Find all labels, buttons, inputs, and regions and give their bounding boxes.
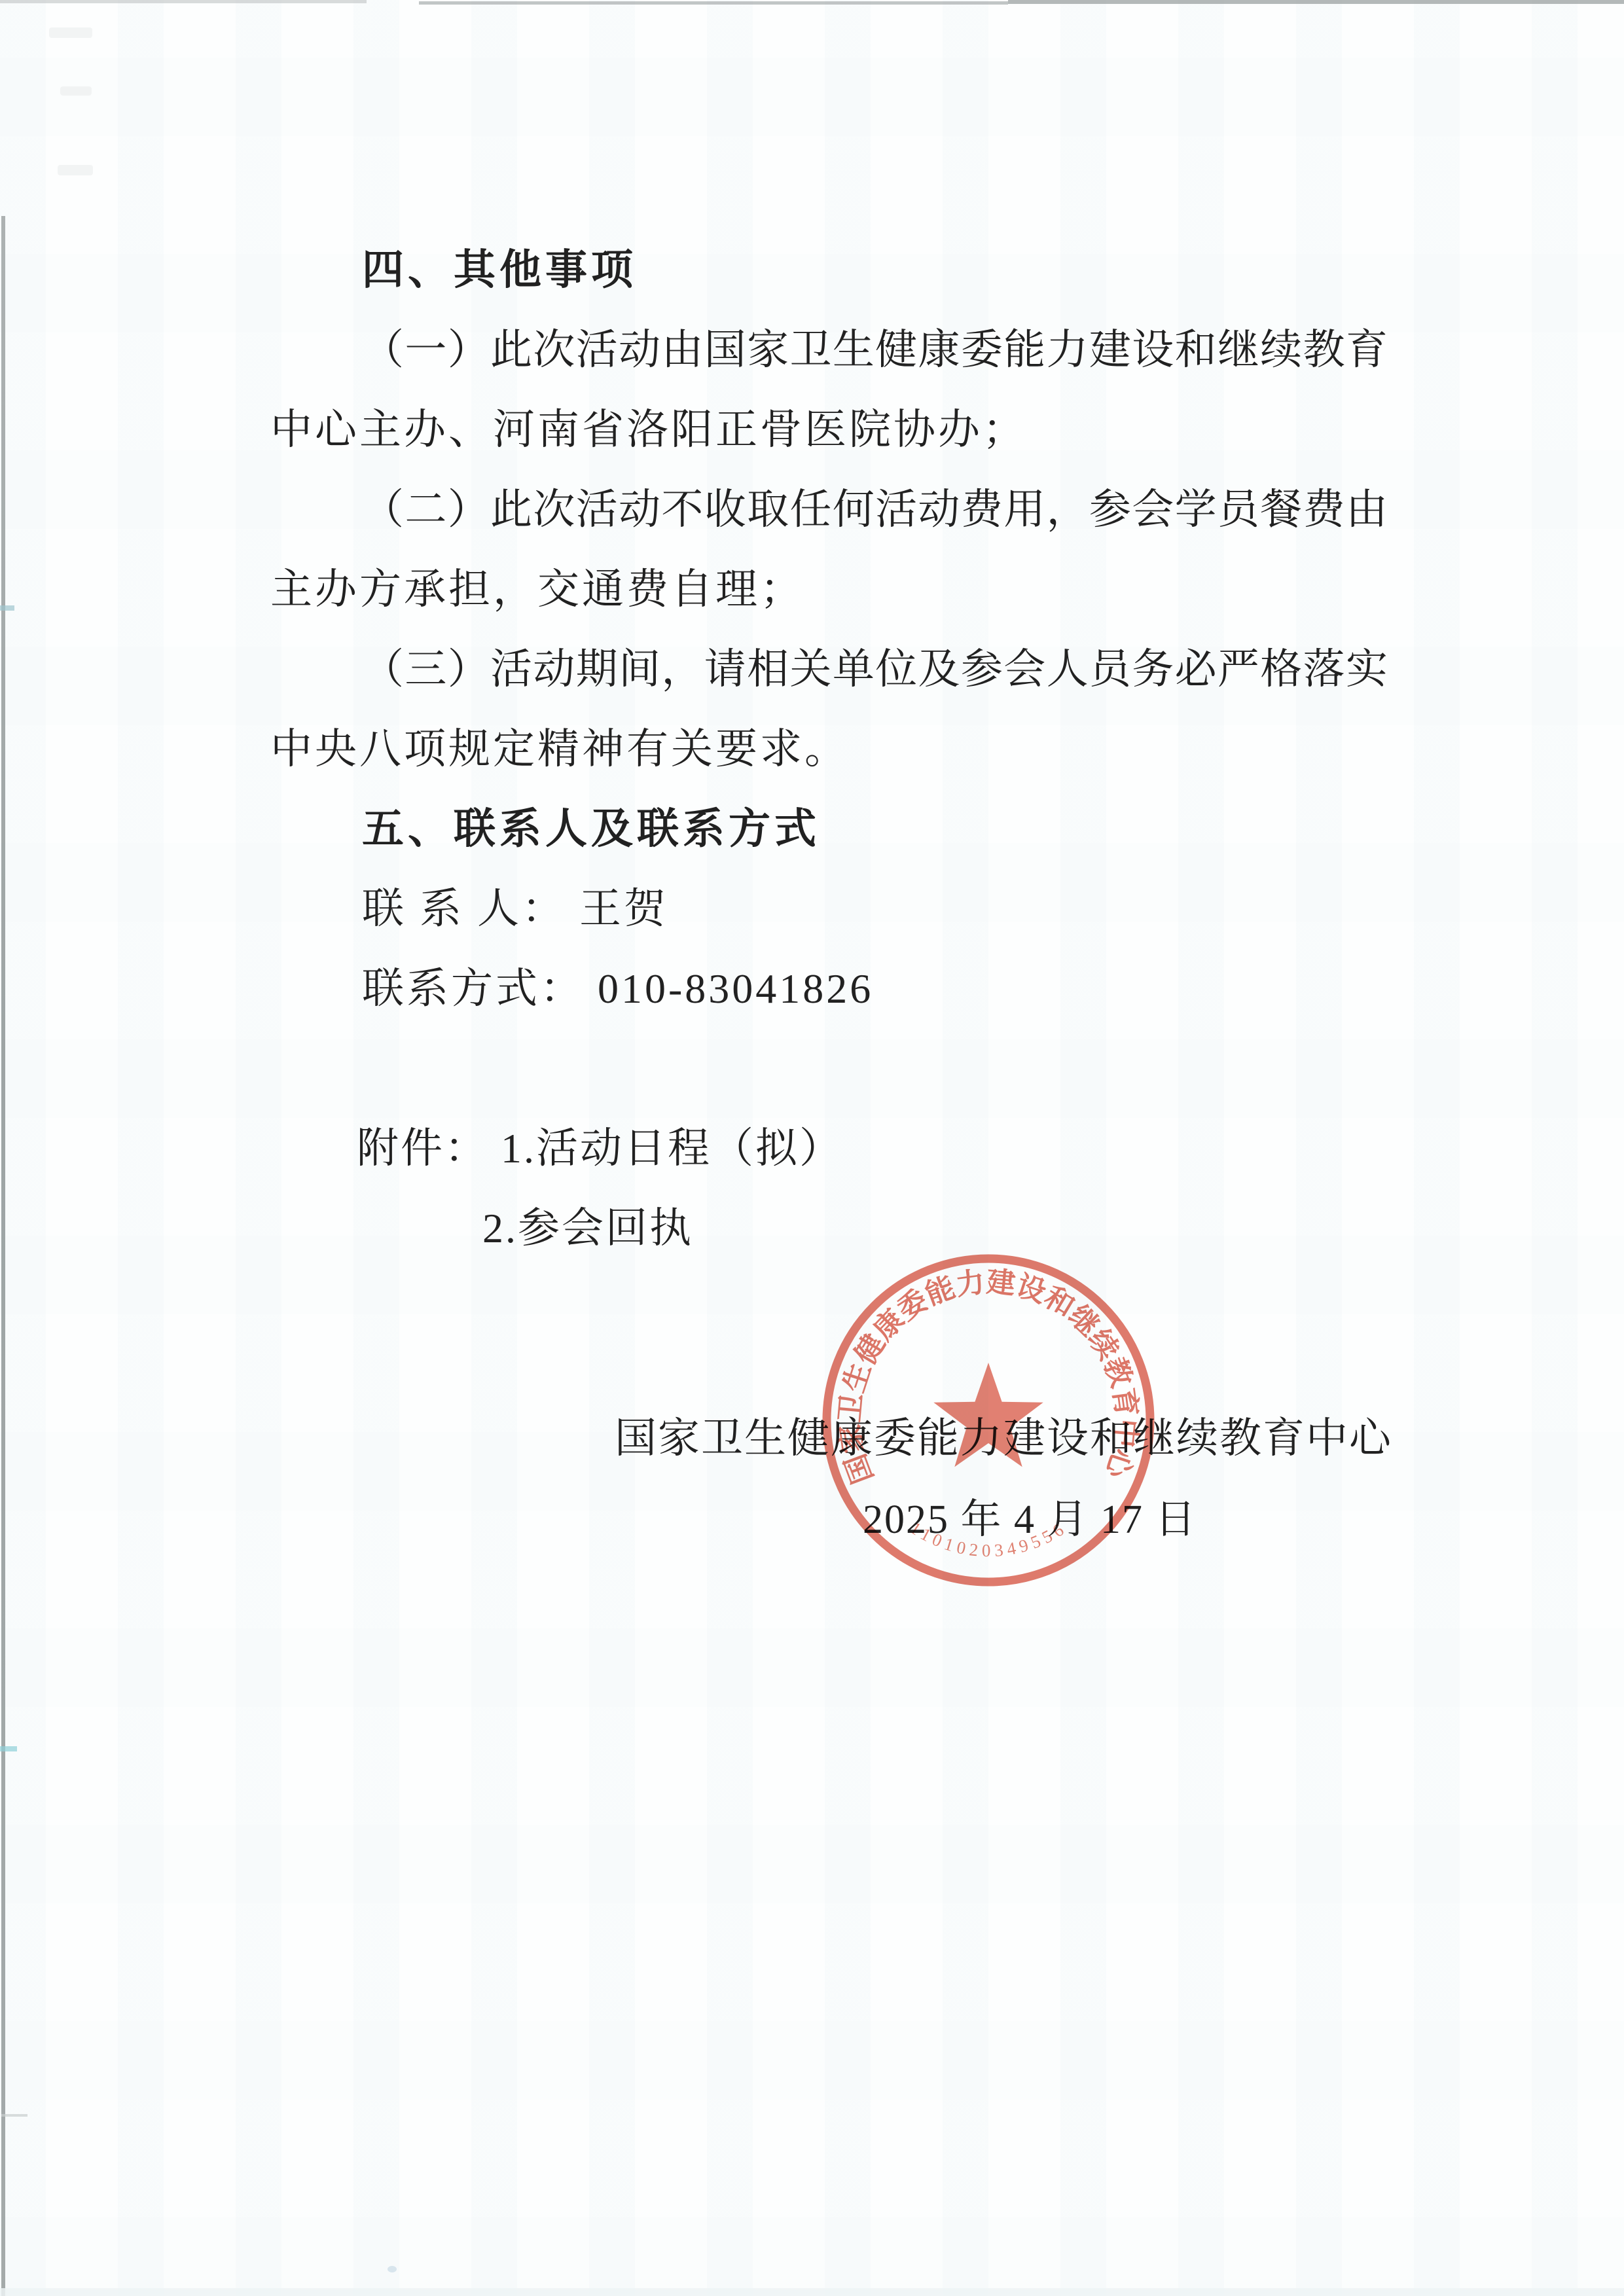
- scan-tick: [0, 1746, 17, 1751]
- text-line: （三）活动期间，请相关单位及参会人员务必严格落实: [362, 630, 1388, 709]
- text-line: 联 系 人： 王贺: [362, 869, 668, 949]
- scan-smudge: [49, 27, 92, 38]
- scan-edge-left: [1, 216, 5, 2296]
- scan-smudge: [58, 165, 93, 175]
- text-line: 联系方式： 010-83041826: [362, 949, 873, 1029]
- seal-code-text: 1101020349556: [907, 1518, 1070, 1560]
- text-line: （二）此次活动不收取任何活动费用，参会学员餐费由: [362, 470, 1388, 550]
- scan-edge-top: [1008, 0, 1624, 4]
- text-line: 中心主办、河南省洛阳正骨医院协办；: [270, 390, 1027, 470]
- scan-smudge: [60, 86, 92, 96]
- text-line: 主办方承担，交通费自理；: [270, 550, 804, 630]
- scan-tick: [1, 2114, 27, 2117]
- scan-tick: [0, 605, 14, 611]
- text-line: 四、其他事项: [362, 230, 637, 310]
- text-line: 2.参会回执: [482, 1189, 693, 1268]
- official-seal-stamp: 国家卫生健康委能力建设和继续教育中心 1101020349556: [812, 1244, 1165, 1597]
- scan-edge-top: [0, 0, 367, 3]
- scan-edge-top: [419, 1, 1008, 5]
- document-page: 四、其他事项（一）此次活动由国家卫生健康委能力建设和继续教育中心主办、河南省洛阳…: [0, 0, 1624, 2296]
- text-line: 五、联系人及联系方式: [362, 789, 820, 869]
- scan-speck: [388, 2266, 397, 2272]
- star-icon: [933, 1363, 1043, 1467]
- text-line: （一）此次活动由国家卫生健康委能力建设和继续教育: [362, 310, 1388, 390]
- text-line: 中央八项规定精神有关要求。: [270, 709, 849, 789]
- text-line: 附件： 1.活动日程（拟）: [357, 1109, 843, 1189]
- scan-bottom-tint: [0, 2288, 1624, 2296]
